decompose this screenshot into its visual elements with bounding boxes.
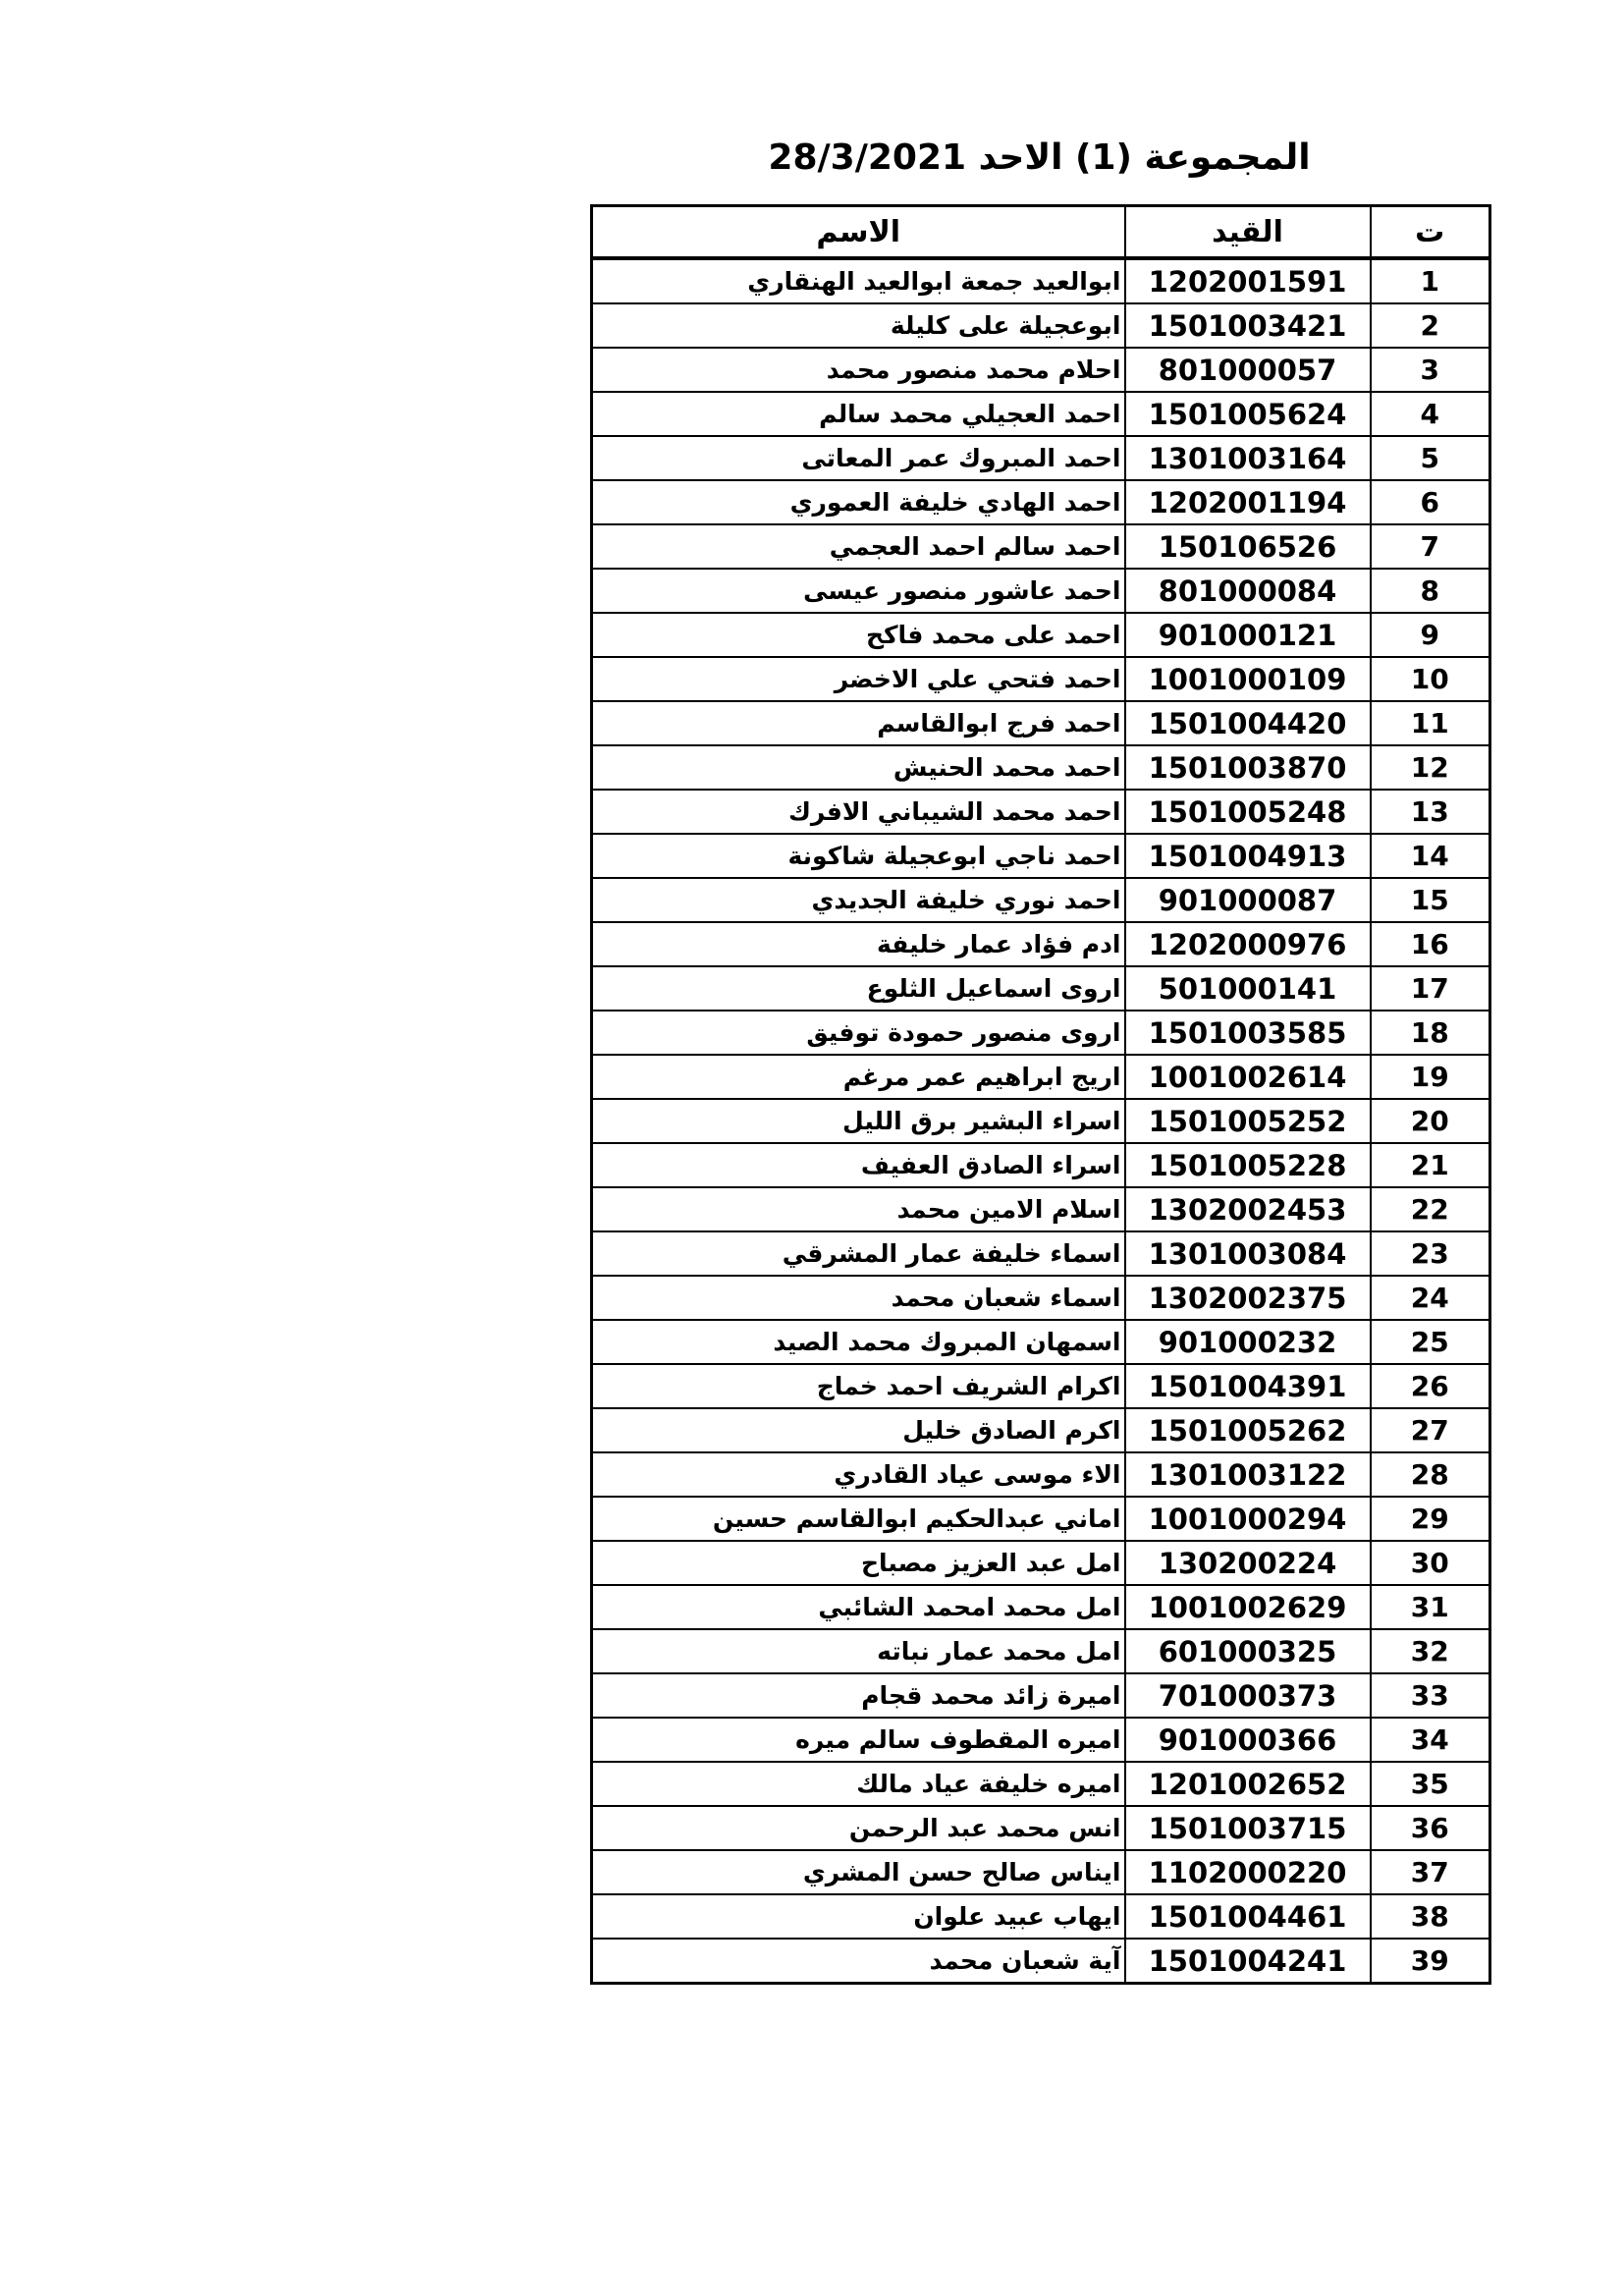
table-row: 23 1301003084 اسماء خليفة عمار المشرقي bbox=[592, 1231, 1490, 1276]
table-row: 38 1501004461 ايهاب عبيد علوان bbox=[592, 1894, 1490, 1939]
cell-row-number: 24 bbox=[1371, 1276, 1490, 1320]
cell-registration-id: 1501003585 bbox=[1125, 1011, 1371, 1055]
table-row: 21 1501005228 اسراء الصادق العفيف bbox=[592, 1143, 1490, 1187]
cell-row-number: 9 bbox=[1371, 613, 1490, 657]
table-row: 1 1202001591 ابوالعيد جمعة ابوالعيد الهن… bbox=[592, 258, 1490, 303]
table-row: 29 1001000294 اماني عبدالحكيم ابوالقاسم … bbox=[592, 1497, 1490, 1541]
table-row: 17 501000141 اروى اسماعيل الثلوع bbox=[592, 966, 1490, 1011]
cell-row-number: 22 bbox=[1371, 1187, 1490, 1231]
cell-row-number: 35 bbox=[1371, 1762, 1490, 1806]
cell-student-name: اميرة زائد محمد قجام bbox=[592, 1673, 1125, 1718]
table-row: 3 801000057 احلام محمد منصور محمد bbox=[592, 348, 1490, 392]
cell-registration-id: 1201002652 bbox=[1125, 1762, 1371, 1806]
table-row: 31 1001002629 امل محمد امحمد الشائبي bbox=[592, 1585, 1490, 1629]
table-row: 14 1501004913 احمد ناجي ابوعجيلة شاكونة bbox=[592, 834, 1490, 878]
cell-registration-id: 1501005252 bbox=[1125, 1099, 1371, 1143]
cell-registration-id: 1501004241 bbox=[1125, 1939, 1371, 1984]
cell-student-name: احمد العجيلي محمد سالم bbox=[592, 392, 1125, 436]
table-row: 25 901000232 اسمهان المبروك محمد الصيد bbox=[592, 1320, 1490, 1364]
cell-row-number: 37 bbox=[1371, 1850, 1490, 1894]
table-row: 33 701000373 اميرة زائد محمد قجام bbox=[592, 1673, 1490, 1718]
cell-student-name: ابوعجيلة على كليلة bbox=[592, 303, 1125, 348]
cell-registration-id: 1501004420 bbox=[1125, 701, 1371, 745]
cell-registration-id: 1501005624 bbox=[1125, 392, 1371, 436]
table-row: 30 130200224 امل عبد العزيز مصباح bbox=[592, 1541, 1490, 1585]
cell-row-number: 14 bbox=[1371, 834, 1490, 878]
table-row: 13 1501005248 احمد محمد الشيباني الافرك bbox=[592, 790, 1490, 834]
table-row: 8 801000084 احمد عاشور منصور عيسى bbox=[592, 569, 1490, 613]
table-row: 9 901000121 احمد على محمد فاكح bbox=[592, 613, 1490, 657]
table-row: 2 1501003421 ابوعجيلة على كليلة bbox=[592, 303, 1490, 348]
cell-registration-id: 1001002614 bbox=[1125, 1055, 1371, 1099]
cell-registration-id: 150106526 bbox=[1125, 524, 1371, 569]
col-header-name: الاسم bbox=[592, 206, 1125, 259]
cell-registration-id: 801000084 bbox=[1125, 569, 1371, 613]
cell-registration-id: 1301003164 bbox=[1125, 436, 1371, 480]
cell-registration-id: 701000373 bbox=[1125, 1673, 1371, 1718]
cell-row-number: 19 bbox=[1371, 1055, 1490, 1099]
table-row: 6 1202001194 احمد الهادي خليفة العموري bbox=[592, 480, 1490, 524]
cell-student-name: احمد محمد الحنيش bbox=[592, 745, 1125, 790]
table-row: 19 1001002614 اريج ابراهيم عمر مرغم bbox=[592, 1055, 1490, 1099]
cell-row-number: 28 bbox=[1371, 1452, 1490, 1497]
table-row: 28 1301003122 الاء موسى عياد القادري bbox=[592, 1452, 1490, 1497]
cell-registration-id: 1501004461 bbox=[1125, 1894, 1371, 1939]
cell-student-name: احمد نوري خليفة الجديدي bbox=[592, 878, 1125, 922]
cell-student-name: احمد ناجي ابوعجيلة شاكونة bbox=[592, 834, 1125, 878]
table-row: 39 1501004241 آية شعبان محمد bbox=[592, 1939, 1490, 1984]
cell-registration-id: 901000232 bbox=[1125, 1320, 1371, 1364]
cell-registration-id: 1302002375 bbox=[1125, 1276, 1371, 1320]
cell-registration-id: 1501005228 bbox=[1125, 1143, 1371, 1187]
cell-student-name: ادم فؤاد عمار خليفة bbox=[592, 922, 1125, 966]
table-row: 24 1302002375 اسماء شعبان محمد bbox=[592, 1276, 1490, 1320]
students-table: ت القيد الاسم 1 1202001591 ابوالعيد جمعة… bbox=[590, 204, 1491, 1985]
table-row: 34 901000366 اميره المقطوف سالم ميره bbox=[592, 1718, 1490, 1762]
cell-registration-id: 1501004913 bbox=[1125, 834, 1371, 878]
cell-student-name: اسراء البشير برق الليل bbox=[592, 1099, 1125, 1143]
cell-student-name: احمد فرج ابوالقاسم bbox=[592, 701, 1125, 745]
cell-student-name: اميره خليفة عياد مالك bbox=[592, 1762, 1125, 1806]
cell-registration-id: 1501003870 bbox=[1125, 745, 1371, 790]
cell-row-number: 36 bbox=[1371, 1806, 1490, 1850]
header-row: ت القيد الاسم bbox=[592, 206, 1490, 259]
cell-registration-id: 1301003122 bbox=[1125, 1452, 1371, 1497]
cell-row-number: 13 bbox=[1371, 790, 1490, 834]
cell-student-name: امل محمد عمار نباته bbox=[592, 1629, 1125, 1673]
cell-row-number: 6 bbox=[1371, 480, 1490, 524]
cell-row-number: 4 bbox=[1371, 392, 1490, 436]
cell-student-name: امل عبد العزيز مصباح bbox=[592, 1541, 1125, 1585]
cell-row-number: 20 bbox=[1371, 1099, 1490, 1143]
table-row: 11 1501004420 احمد فرج ابوالقاسم bbox=[592, 701, 1490, 745]
cell-row-number: 34 bbox=[1371, 1718, 1490, 1762]
cell-student-name: احمد الهادي خليفة العموري bbox=[592, 480, 1125, 524]
col-header-id: القيد bbox=[1125, 206, 1371, 259]
cell-row-number: 7 bbox=[1371, 524, 1490, 569]
cell-student-name: اروى اسماعيل الثلوع bbox=[592, 966, 1125, 1011]
cell-row-number: 15 bbox=[1371, 878, 1490, 922]
cell-student-name: احمد فتحي علي الاخضر bbox=[592, 657, 1125, 701]
cell-student-name: احمد المبروك عمر المعاتى bbox=[592, 436, 1125, 480]
cell-registration-id: 1001000109 bbox=[1125, 657, 1371, 701]
table-row: 26 1501004391 اكرام الشريف احمد خماج bbox=[592, 1364, 1490, 1408]
cell-registration-id: 901000087 bbox=[1125, 878, 1371, 922]
cell-row-number: 23 bbox=[1371, 1231, 1490, 1276]
table-row: 16 1202000976 ادم فؤاد عمار خليفة bbox=[592, 922, 1490, 966]
cell-student-name: اكرام الشريف احمد خماج bbox=[592, 1364, 1125, 1408]
cell-row-number: 32 bbox=[1371, 1629, 1490, 1673]
cell-student-name: ايهاب عبيد علوان bbox=[592, 1894, 1125, 1939]
cell-row-number: 39 bbox=[1371, 1939, 1490, 1984]
cell-registration-id: 1501003715 bbox=[1125, 1806, 1371, 1850]
table-row: 7 150106526 احمد سالم احمد العجمي bbox=[592, 524, 1490, 569]
cell-registration-id: 130200224 bbox=[1125, 1541, 1371, 1585]
cell-row-number: 30 bbox=[1371, 1541, 1490, 1585]
cell-row-number: 11 bbox=[1371, 701, 1490, 745]
cell-registration-id: 1202001194 bbox=[1125, 480, 1371, 524]
cell-row-number: 12 bbox=[1371, 745, 1490, 790]
page-title: المجموعة (1) الاحد 28/3/2021 bbox=[590, 137, 1489, 178]
table-row: 35 1201002652 اميره خليفة عياد مالك bbox=[592, 1762, 1490, 1806]
table-row: 5 1301003164 احمد المبروك عمر المعاتى bbox=[592, 436, 1490, 480]
cell-student-name: اسماء شعبان محمد bbox=[592, 1276, 1125, 1320]
cell-student-name: الاء موسى عياد القادري bbox=[592, 1452, 1125, 1497]
cell-registration-id: 501000141 bbox=[1125, 966, 1371, 1011]
table-row: 36 1501003715 انس محمد عبد الرحمن bbox=[592, 1806, 1490, 1850]
cell-student-name: اسمهان المبروك محمد الصيد bbox=[592, 1320, 1125, 1364]
cell-registration-id: 601000325 bbox=[1125, 1629, 1371, 1673]
cell-student-name: اماني عبدالحكيم ابوالقاسم حسين bbox=[592, 1497, 1125, 1541]
cell-student-name: احلام محمد منصور محمد bbox=[592, 348, 1125, 392]
cell-student-name: احمد محمد الشيباني الافرك bbox=[592, 790, 1125, 834]
cell-student-name: ابوالعيد جمعة ابوالعيد الهنقاري bbox=[592, 258, 1125, 303]
cell-row-number: 3 bbox=[1371, 348, 1490, 392]
table-row: 22 1302002453 اسلام الامين محمد bbox=[592, 1187, 1490, 1231]
cell-row-number: 16 bbox=[1371, 922, 1490, 966]
cell-row-number: 5 bbox=[1371, 436, 1490, 480]
table-header: ت القيد الاسم bbox=[592, 206, 1490, 259]
cell-registration-id: 901000366 bbox=[1125, 1718, 1371, 1762]
cell-row-number: 17 bbox=[1371, 966, 1490, 1011]
cell-row-number: 10 bbox=[1371, 657, 1490, 701]
cell-student-name: انس محمد عبد الرحمن bbox=[592, 1806, 1125, 1850]
cell-registration-id: 1001000294 bbox=[1125, 1497, 1371, 1541]
table-row: 18 1501003585 اروى منصور حمودة توفيق bbox=[592, 1011, 1490, 1055]
cell-student-name: اميره المقطوف سالم ميره bbox=[592, 1718, 1125, 1762]
cell-registration-id: 1301003084 bbox=[1125, 1231, 1371, 1276]
table-row: 20 1501005252 اسراء البشير برق الليل bbox=[592, 1099, 1490, 1143]
cell-row-number: 38 bbox=[1371, 1894, 1490, 1939]
table-row: 27 1501005262 اكرم الصادق خليل bbox=[592, 1408, 1490, 1452]
cell-student-name: امل محمد امحمد الشائبي bbox=[592, 1585, 1125, 1629]
cell-row-number: 1 bbox=[1371, 258, 1490, 303]
cell-row-number: 33 bbox=[1371, 1673, 1490, 1718]
cell-registration-id: 801000057 bbox=[1125, 348, 1371, 392]
cell-registration-id: 1202001591 bbox=[1125, 258, 1371, 303]
cell-row-number: 21 bbox=[1371, 1143, 1490, 1187]
table-row: 15 901000087 احمد نوري خليفة الجديدي bbox=[592, 878, 1490, 922]
document-page: المجموعة (1) الاحد 28/3/2021 ت القيد الا… bbox=[0, 0, 1624, 2296]
cell-row-number: 31 bbox=[1371, 1585, 1490, 1629]
cell-student-name: اكرم الصادق خليل bbox=[592, 1408, 1125, 1452]
cell-registration-id: 1102000220 bbox=[1125, 1850, 1371, 1894]
cell-student-name: اريج ابراهيم عمر مرغم bbox=[592, 1055, 1125, 1099]
cell-student-name: ايناس صالح حسن المشري bbox=[592, 1850, 1125, 1894]
cell-student-name: اروى منصور حمودة توفيق bbox=[592, 1011, 1125, 1055]
cell-student-name: اسلام الامين محمد bbox=[592, 1187, 1125, 1231]
cell-row-number: 18 bbox=[1371, 1011, 1490, 1055]
cell-student-name: اسماء خليفة عمار المشرقي bbox=[592, 1231, 1125, 1276]
table-row: 32 601000325 امل محمد عمار نباته bbox=[592, 1629, 1490, 1673]
table-row: 10 1001000109 احمد فتحي علي الاخضر bbox=[592, 657, 1490, 701]
table-row: 4 1501005624 احمد العجيلي محمد سالم bbox=[592, 392, 1490, 436]
cell-row-number: 25 bbox=[1371, 1320, 1490, 1364]
cell-registration-id: 1501005262 bbox=[1125, 1408, 1371, 1452]
table-row: 12 1501003870 احمد محمد الحنيش bbox=[592, 745, 1490, 790]
cell-student-name: اسراء الصادق العفيف bbox=[592, 1143, 1125, 1187]
cell-registration-id: 1501004391 bbox=[1125, 1364, 1371, 1408]
cell-registration-id: 1501005248 bbox=[1125, 790, 1371, 834]
cell-student-name: آية شعبان محمد bbox=[592, 1939, 1125, 1984]
cell-registration-id: 1501003421 bbox=[1125, 303, 1371, 348]
cell-registration-id: 1302002453 bbox=[1125, 1187, 1371, 1231]
cell-row-number: 26 bbox=[1371, 1364, 1490, 1408]
cell-registration-id: 1001002629 bbox=[1125, 1585, 1371, 1629]
cell-student-name: احمد على محمد فاكح bbox=[592, 613, 1125, 657]
cell-registration-id: 901000121 bbox=[1125, 613, 1371, 657]
cell-student-name: احمد عاشور منصور عيسى bbox=[592, 569, 1125, 613]
cell-row-number: 29 bbox=[1371, 1497, 1490, 1541]
col-header-index: ت bbox=[1371, 206, 1490, 259]
cell-student-name: احمد سالم احمد العجمي bbox=[592, 524, 1125, 569]
cell-row-number: 27 bbox=[1371, 1408, 1490, 1452]
table-row: 37 1102000220 ايناس صالح حسن المشري bbox=[592, 1850, 1490, 1894]
cell-registration-id: 1202000976 bbox=[1125, 922, 1371, 966]
table-body: 1 1202001591 ابوالعيد جمعة ابوالعيد الهن… bbox=[592, 258, 1490, 1984]
cell-row-number: 2 bbox=[1371, 303, 1490, 348]
cell-row-number: 8 bbox=[1371, 569, 1490, 613]
